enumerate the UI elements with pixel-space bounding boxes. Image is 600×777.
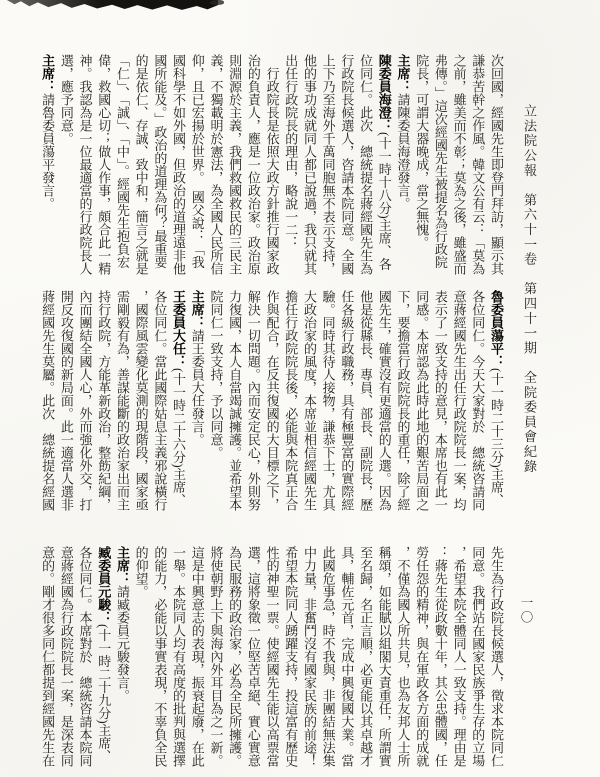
speaker-name: 主席： [40, 54, 55, 93]
speaker-name: 主席： [395, 54, 410, 93]
speech-text: 請魯委員蕩平發言。 [40, 93, 55, 210]
speech-text: 先生為行政院長候選人，徵求本院同仁同意。我們站在國家民族爭生存的立場，希望本院全… [134, 546, 504, 767]
speaker-name: 魯委員蕩平： [489, 290, 504, 368]
speech-chen-paragraph-2: 行政院長是依照大政方針推行國家政治的負責人，應是一位政治家。政治原則淵源於主義，… [56, 54, 280, 280]
speaker-name: 王委員大任： [171, 290, 186, 368]
speech-wang-continuation: 先生為行政院長候選人，徵求本院同仁同意。我們站在國家民族爭生存的立場，希望本院全… [131, 546, 505, 772]
page-number: 一〇 [517, 596, 535, 625]
chair-call-zang: 主席：請臧委員元駿發言。 [112, 546, 131, 772]
speaker-name: 陳委員海澄： [377, 54, 392, 132]
text-tier-middle: 魯委員蕩平：(十一時二十三分)主席、各位同仁。今天大家對於 總統咨請同意蔣經國先… [35, 290, 505, 516]
speech-text: 行政院長是依照大政方針推行國家政治的負責人，應是一位政治家。政治原則淵源於主義，… [59, 54, 280, 275]
text-tier-upper: 次回國，經國先生即登門拜訪，顯示其謙恭苦幹之作風。韓文公有云：「莫為之前，雖美而… [35, 54, 505, 280]
speech-text: 次回國，經國先生即登門拜訪，顯示其謙恭苦幹之作風。韓文公有云：「莫為之前，雖美而… [414, 54, 504, 275]
speaker-name: 主席： [115, 546, 130, 585]
chair-call-chen: 主席：請陳委員海澄發言。 [393, 54, 412, 280]
speaker-name: 臧委員元駿： [96, 546, 111, 624]
speech-wang-da-ren: 王委員大任：(十一時二十六分)主席、各位同仁。當此國際姑息主義邪說橫行，國際風雲… [37, 290, 187, 516]
scan-speck-artifact [210, 0, 224, 5]
speech-text: (十一時二十三分)主席、各位同仁。今天大家對於 總統咨請同意蔣經國先生出任行政院… [208, 290, 504, 511]
speech-text: 請陳委員海澄發言。 [395, 93, 410, 210]
speech-chen-hai-cheng: 陳委員海澄：(十一時十八分)主席、各位同仁。此次 總統提名蔣經國先生為行政院長候… [281, 54, 393, 280]
chair-call-lu: 主席：請魯委員蕩平發言。 [37, 54, 56, 280]
speech-text: 請臧委員元駿發言。 [115, 585, 130, 702]
text-tier-lower: 先生為行政院長候選人，徵求本院同仁同意。我們站在國家民族爭生存的立場，希望本院全… [35, 546, 505, 772]
speech-text: (十一時二十六分)主席、各位同仁。當此國際姑息主義邪說橫行，國際風雲變化莫測的現… [40, 290, 186, 511]
speech-text: (十一時十八分)主席、各位同仁。此次 總統提名蔣經國先生為行政院長候選人，咨請本… [283, 54, 392, 275]
chair-call-wang: 主席：請王委員大任發言。 [187, 290, 206, 516]
running-head: 立法院公報 第六十一卷 第四十一期 全院委員會紀錄 [520, 104, 539, 504]
speaker-name: 主席： [190, 290, 205, 329]
scan-smudge-artifact [6, 0, 218, 11]
gazette-page: 立法院公報 第六十一卷 第四十一期 全院委員會紀錄 一〇 次回國，經國先生即登門… [0, 0, 600, 777]
speech-lu-tang-ping: 魯委員蕩平：(十一時二十三分)主席、各位同仁。今天大家對於 總統咨請同意蔣經國先… [206, 290, 505, 516]
speech-text: 請王委員大任發言。 [190, 329, 205, 446]
speech-continuation: 次回國，經國先生即登門拜訪，顯示其謙恭苦幹之作風。韓文公有云：「莫為之前，雖美而… [411, 54, 505, 280]
speech-zang-yuan-jun: 臧委員元駿：(十一時二十九分)主席、各位同仁。本席對於 總統咨請本院同意蔣經國為… [37, 546, 112, 772]
